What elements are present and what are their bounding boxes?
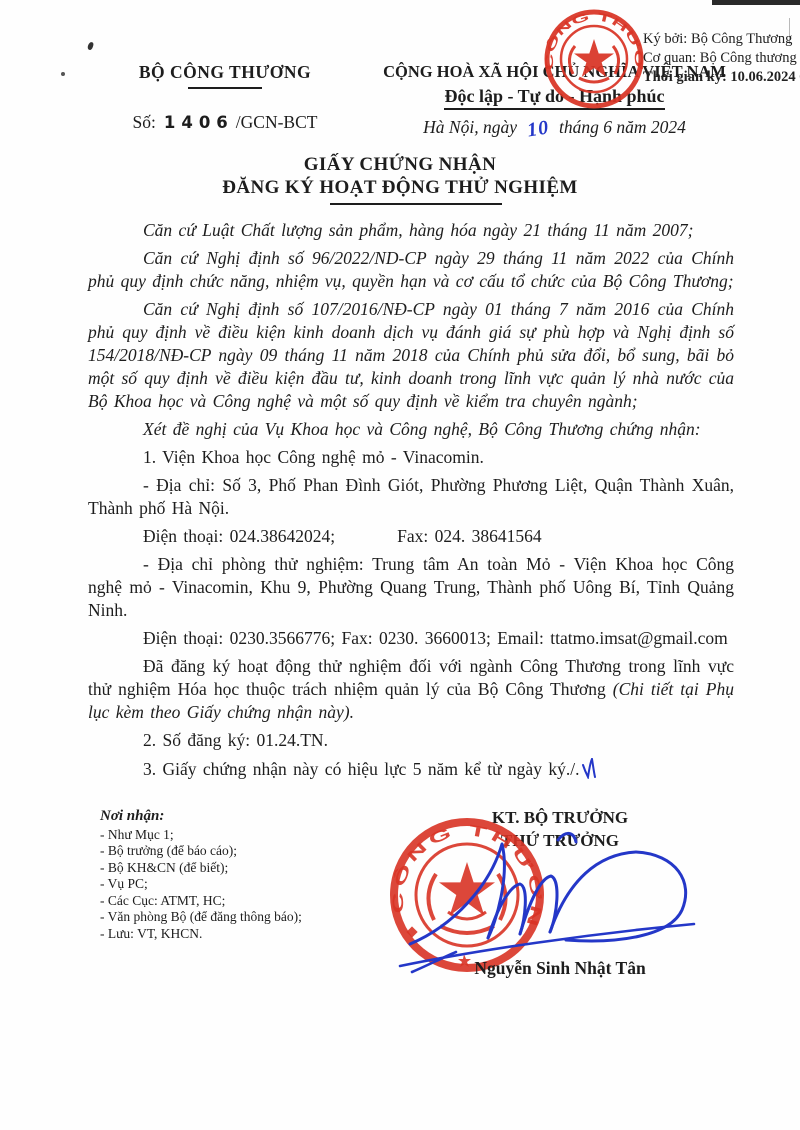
- title-line1: GIẤY CHỨNG NHẬN: [0, 153, 800, 176]
- blue-ink-mark-icon: [581, 757, 597, 779]
- digital-signature-seal-icon: CÔNG THƯƠNG: [543, 8, 645, 110]
- recipients-list: - Như Mục 1; - Bộ trưởng (để báo cáo); -…: [100, 827, 400, 943]
- scanned-certificate-page: BỘ CÔNG THƯƠNG Số:1406/GCN-BCT CỘNG HOÀ …: [0, 0, 800, 1130]
- org-phone: Điện thoại: 024.38642024;: [143, 526, 335, 546]
- org-phone-fax: Điện thoại: 024.38642024;Fax: 024. 38641…: [88, 525, 734, 548]
- recipients-block: Nơi nhận: - Như Mục 1; - Bộ trưởng (để b…: [100, 808, 400, 942]
- doc-number-suffix: /GCN-BCT: [236, 112, 318, 132]
- signer-name: Nguyễn Sinh Nhật Tân: [370, 958, 750, 979]
- scan-speck: [87, 41, 94, 50]
- issuer-name: BỘ CÔNG THƯƠNG: [95, 62, 355, 83]
- scan-artifact-bar: [712, 0, 800, 5]
- certified-org-name: 1. Viện Khoa học Công nghệ mỏ - Vinacomi…: [88, 446, 734, 469]
- registration-number: 2. Số đăng ký: 01.24.TN.: [88, 729, 734, 752]
- issuer-block: BỘ CÔNG THƯƠNG: [95, 62, 355, 89]
- document-number: Số:1406/GCN-BCT: [95, 112, 355, 133]
- issuer-underline: [188, 87, 262, 89]
- recital-law: Căn cứ Luật Chất lượng sản phẩm, hàng hó…: [88, 219, 734, 242]
- title-underline: [330, 203, 502, 205]
- esig-line3: Thời gian ký: 10.06.2024 08:1: [643, 68, 800, 87]
- document-body: Căn cứ Luật Chất lượng sản phẩm, hàng hó…: [88, 219, 734, 786]
- validity-clause: 3. Giấy chứng nhận này có hiệu lực 5 năm…: [88, 757, 734, 781]
- digital-signature-text: Ký bởi: Bộ Công Thương Cơ quan: Bộ Công …: [643, 30, 800, 87]
- lab-contact: Điện thoại: 0230.3566776; Fax: 0230. 366…: [88, 627, 734, 650]
- certificate-title: GIẤY CHỨNG NHẬN ĐĂNG KÝ HOẠT ĐỘNG THỬ NG…: [0, 153, 800, 199]
- date-line: Hà Nội, ngày10tháng 6 năm 2024: [362, 116, 747, 139]
- recipients-label: Nơi nhận:: [100, 808, 400, 825]
- lab-address: - Địa chỉ phòng thử nghiệm: Trung tâm An…: [88, 553, 734, 622]
- org-fax: Fax: 024. 38641564: [397, 526, 542, 546]
- scan-speck: [61, 72, 65, 76]
- registration-scope: Đã đăng ký hoạt động thử nghiệm đối với …: [88, 655, 734, 724]
- doc-number-digits: 1406: [164, 113, 234, 132]
- recipient-item: - Các Cục: ATMT, HC;: [100, 893, 400, 910]
- title-line2: ĐĂNG KÝ HOẠT ĐỘNG THỬ NGHIỆM: [0, 176, 800, 199]
- recital-decree-96: Căn cứ Nghị định số 96/2022/ND-CP ngày 2…: [88, 247, 734, 293]
- recipient-item: - Văn phòng Bộ (để đăng thông báo);: [100, 909, 400, 926]
- recital-decree-107: Căn cứ Nghị định số 107/2016/NĐ-CP ngày …: [88, 298, 734, 413]
- esig-line1: Ký bởi: Bộ Công Thương: [643, 30, 800, 49]
- esig-line2: Cơ quan: Bộ Công thương: [643, 49, 800, 68]
- recipient-item: - Như Mục 1;: [100, 827, 400, 844]
- doc-number-label: Số:: [133, 112, 156, 132]
- recipient-item: - Bộ trưởng (để báo cáo);: [100, 843, 400, 860]
- recipient-item: - Vụ PC;: [100, 876, 400, 893]
- recital-consideration: Xét đề nghị của Vụ Khoa học và Công nghệ…: [88, 418, 734, 441]
- recipient-item: - Lưu: VT, KHCN.: [100, 926, 400, 943]
- org-address: - Địa chỉ: Số 3, Phố Phan Đình Giót, Phư…: [88, 474, 734, 520]
- recipient-item: - Bộ KH&CN (để biết);: [100, 860, 400, 877]
- date-suffix: tháng 6 năm 2024: [559, 117, 686, 137]
- date-prefix: Hà Nội, ngày: [423, 117, 517, 137]
- validity-text: 3. Giấy chứng nhận này có hiệu lực 5 năm…: [143, 759, 579, 779]
- handwritten-day: 10: [526, 116, 551, 142]
- handwritten-signature: [398, 824, 710, 976]
